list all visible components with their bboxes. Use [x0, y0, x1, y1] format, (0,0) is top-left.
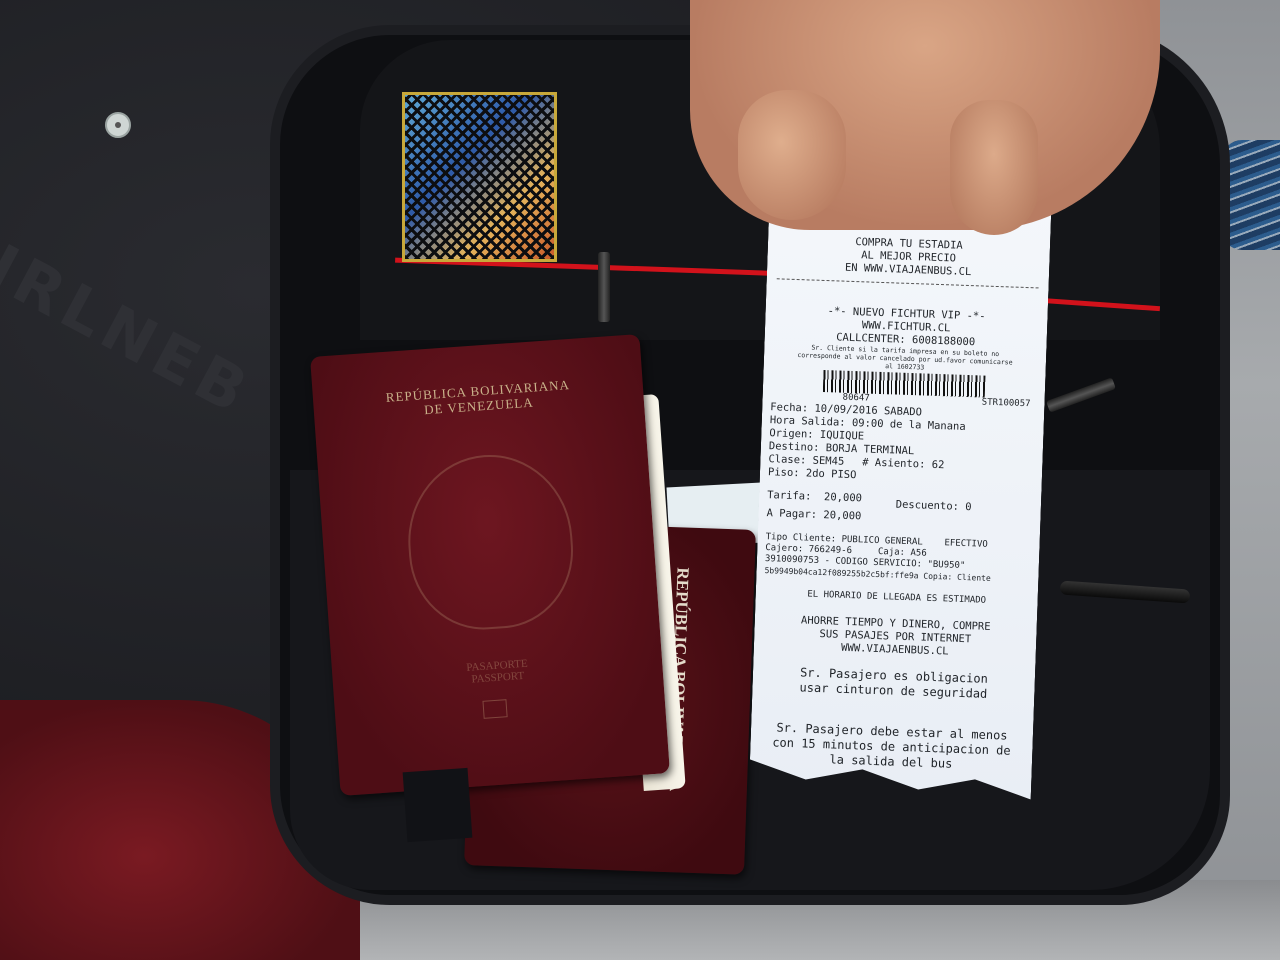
discount: Descuento: 0: [896, 499, 972, 515]
passport-open: REPÚBLICA BOLIVARIANA DE VENEZUELA PASAP…: [310, 334, 670, 796]
zipper-pull: [598, 252, 610, 322]
coat-of-arms-icon: [403, 449, 579, 634]
passport-label: PASAPORTE PASSPORT: [332, 648, 663, 695]
ticket-code: STR100057: [982, 398, 1031, 411]
bus-ticket-receipt: COMPRA TU ESTADIA AL MEJOR PRECIO EN WWW…: [749, 185, 1052, 799]
sneaker: [1222, 140, 1280, 250]
mesh-card-pocket: [402, 92, 557, 262]
thumb: [738, 90, 846, 220]
biometric-chip-icon: [482, 699, 507, 719]
passport-title: REPÚBLICA BOLIVARIANA DE VENEZUELA: [313, 372, 644, 425]
elastic-strap: [403, 768, 473, 842]
jacket-button: [105, 112, 131, 138]
finger: [950, 100, 1038, 235]
